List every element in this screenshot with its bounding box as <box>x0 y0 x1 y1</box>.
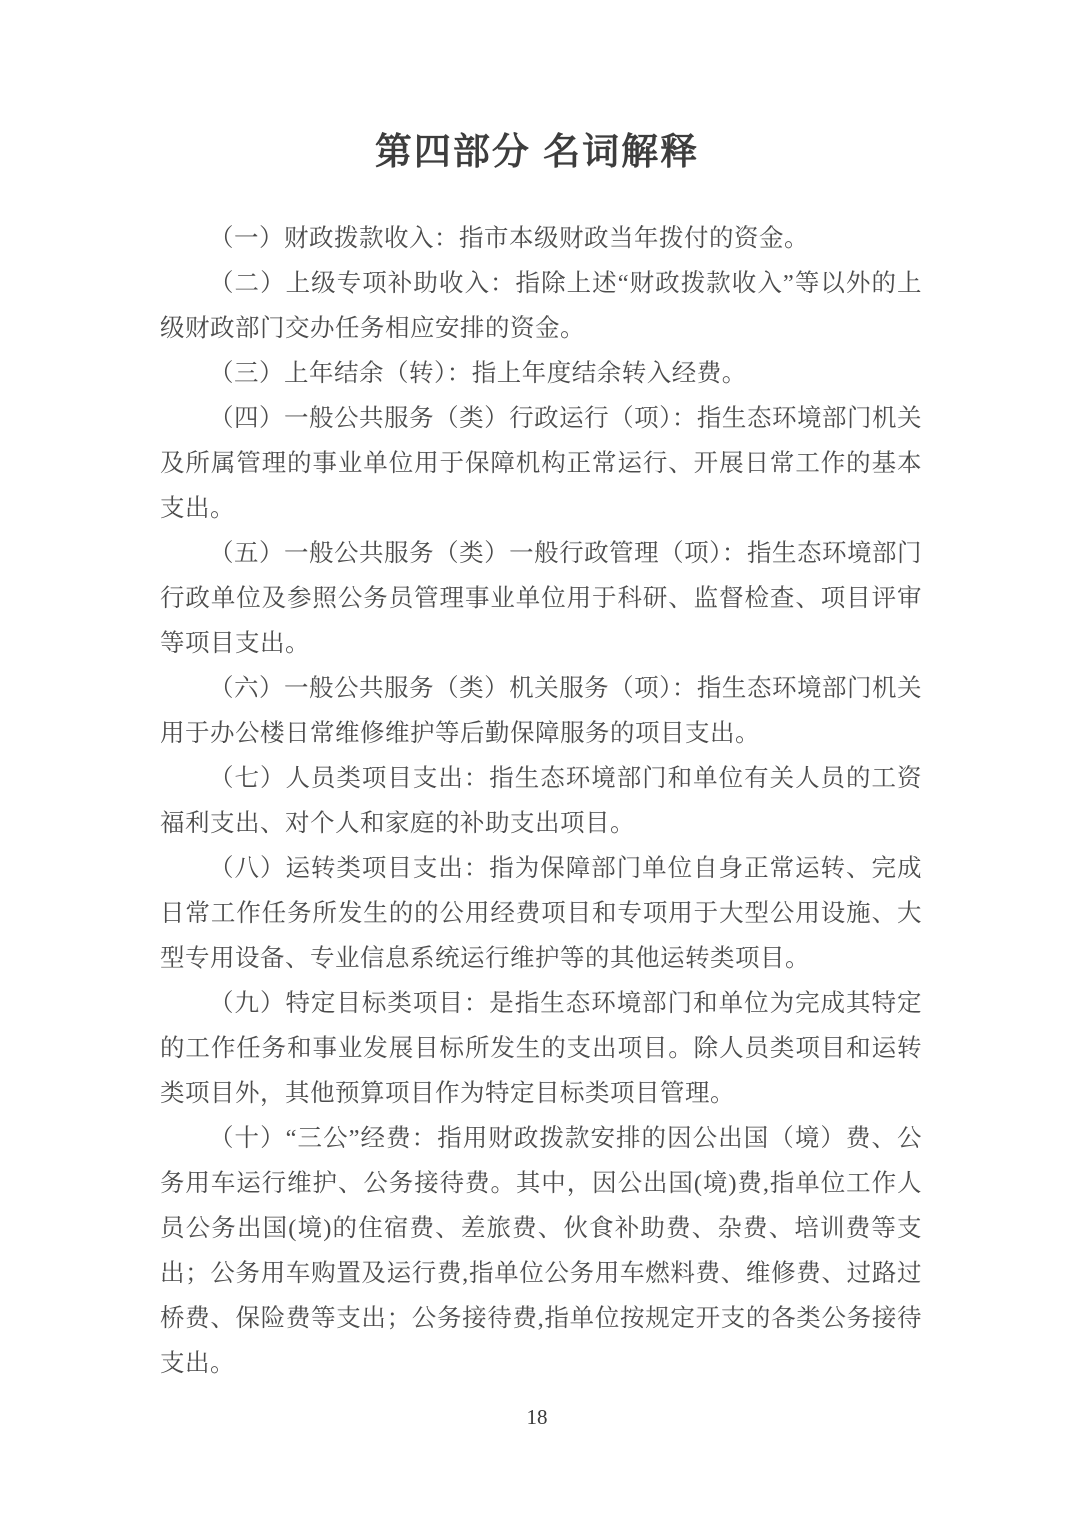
document-title: 第四部分 名词解释 <box>0 0 1074 174</box>
definition-paragraph-7: （七）人员类项目支出：指生态环境部门和单位有关人员的工资福利支出、对个人和家庭的… <box>160 756 922 846</box>
definition-paragraph-8: （八）运转类项目支出：指为保障部门单位自身正常运转、完成日常工作任务所发生的的公… <box>160 846 922 981</box>
definition-paragraph-6: （六）一般公共服务（类）机关服务（项）：指生态环境部门机关用于办公楼日常维修维护… <box>160 666 922 756</box>
page-footer: 18 <box>0 1405 1074 1430</box>
definition-paragraph-1: （一）财政拨款收入：指市本级财政当年拨付的资金。 <box>160 216 922 261</box>
definition-paragraph-10: （十）“三公”经费：指用财政拨款安排的因公出国（境）费、公务用车运行维护、公务接… <box>160 1116 922 1386</box>
definition-paragraph-3: （三）上年结余（转）：指上年度结余转入经费。 <box>160 351 922 396</box>
definition-paragraph-5: （五）一般公共服务（类）一般行政管理（项）：指生态环境部门行政单位及参照公务员管… <box>160 531 922 666</box>
definition-paragraph-4: （四）一般公共服务（类）行政运行（项）：指生态环境部门机关及所属管理的事业单位用… <box>160 396 922 531</box>
definition-paragraph-9: （九）特定目标类项目：是指生态环境部门和单位为完成其特定的工作任务和事业发展目标… <box>160 981 922 1116</box>
document-body: （一）财政拨款收入：指市本级财政当年拨付的资金。 （二）上级专项补助收入：指除上… <box>160 216 922 1386</box>
document-page: 第四部分 名词解释 （一）财政拨款收入：指市本级财政当年拨付的资金。 （二）上级… <box>0 0 1074 1520</box>
page-number: 18 <box>527 1405 548 1429</box>
definition-paragraph-2: （二）上级专项补助收入：指除上述“财政拨款收入”等以外的上级财政部门交办任务相应… <box>160 261 922 351</box>
